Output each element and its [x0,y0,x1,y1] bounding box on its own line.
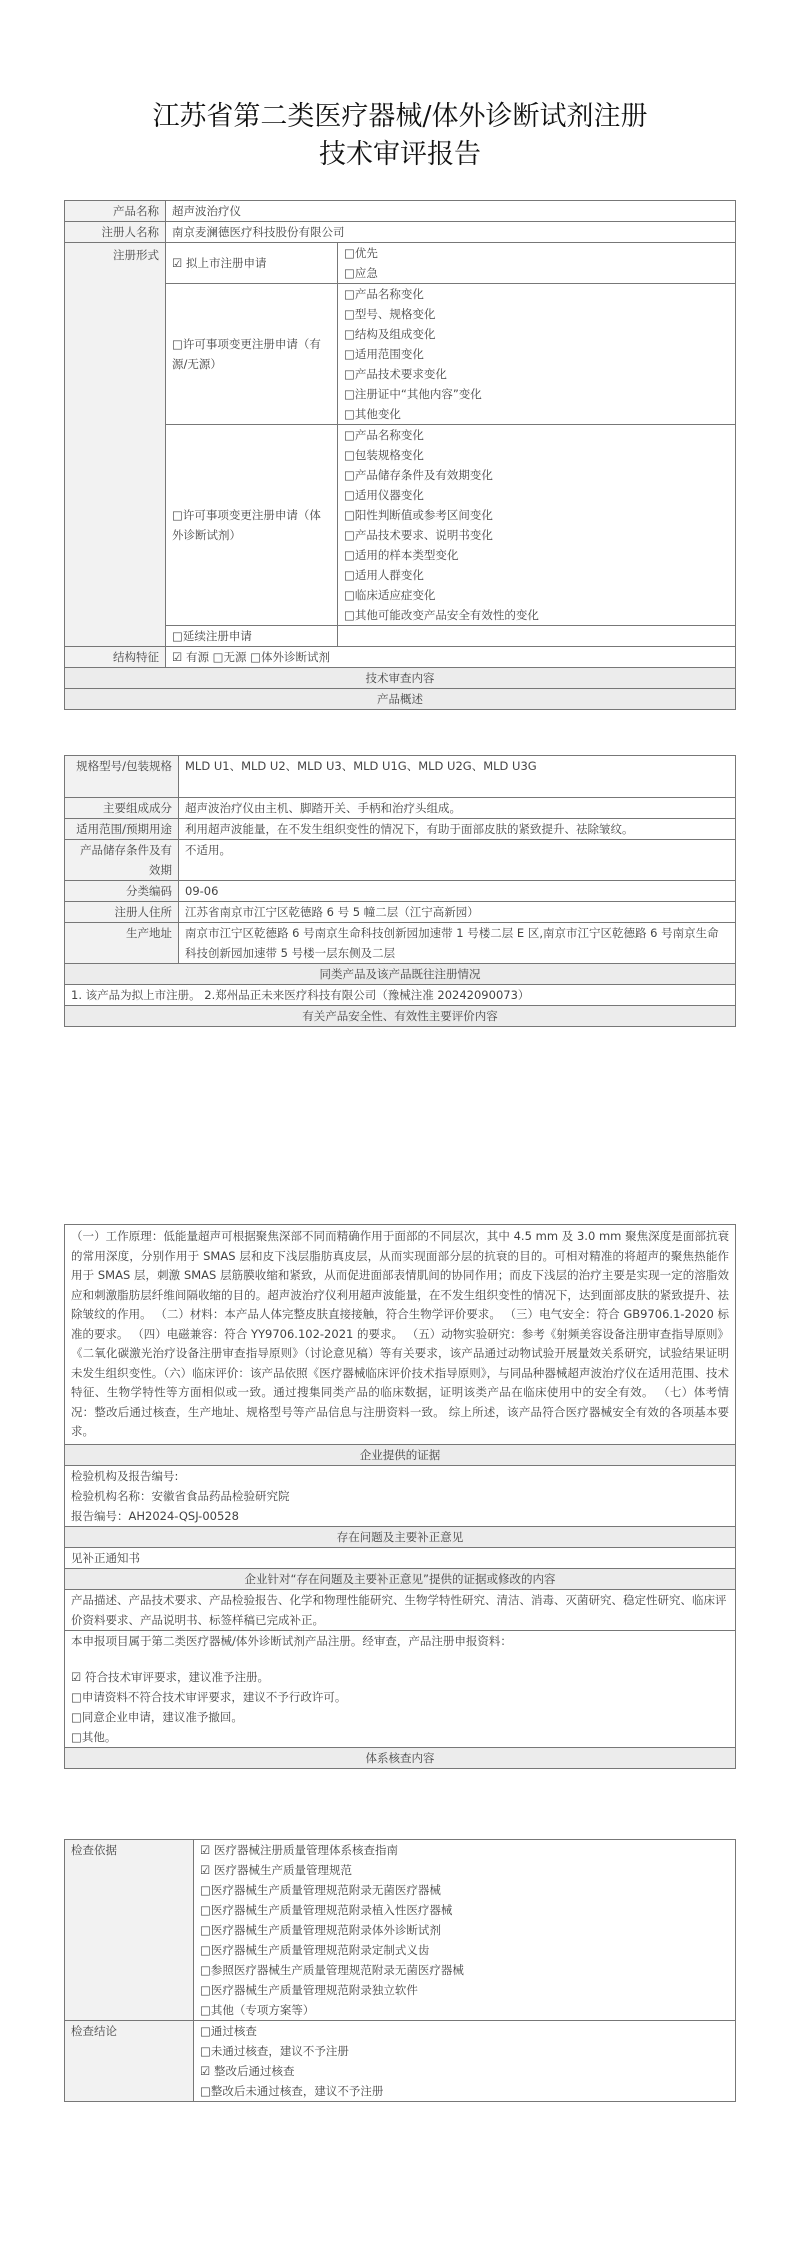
overview-table: 规格型号/包装规格 MLD U1、MLD U2、MLD U3、MLD U1G、M… [64,755,736,1027]
system-check-table: 检查依据 ☑ 医疗器械注册质量管理体系核查指南 ☑ 医疗器械生产质量管理规范 □… [64,1839,736,2102]
issues-text: 见补正通知书 [65,1547,736,1568]
evidence-line: 检验机构名称：安徽省食品药品检验研究院 [71,1486,729,1506]
change-active-option[interactable]: □产品名称变化 [344,284,729,304]
section-safety-eval: 有关产品安全性、有效性主要评价内容 [65,1006,736,1027]
result-option[interactable]: □整改后未通过核查，建议不予注册 [200,2081,729,2101]
residence-label: 注册人住所 [65,902,179,923]
conclusion-option[interactable]: □申请资料不符合技术审评要求，建议不予行政许可。 [71,1687,729,1707]
evidence-content: 检验机构及报告编号: 检验机构名称：安徽省食品药品检验研究院 报告编号：AH20… [65,1465,736,1526]
row-product-name: 产品名称 超声波治疗仪 [65,201,736,222]
section-overview: 产品概述 [65,689,736,710]
report-title: 江苏省第二类医疗器械/体外诊断试剂注册 技术审评报告 [0,98,800,174]
renewal-checkbox[interactable]: □延续注册申请 [166,626,338,647]
review-table-page-2: （一）工作原理：低能量超声可根据聚焦深部不同而精确作用于面部的不同层次，其中 4… [64,1224,736,1769]
conclusion-option[interactable]: □其他。 [71,1727,729,1747]
change-active-option[interactable]: □其他变化 [344,404,729,424]
priority-checkbox[interactable]: □优先 [344,243,729,263]
section-response: 企业针对“存在问题及主要补正意见”提供的证据或修改的内容 [65,1568,736,1589]
change-active-option[interactable]: □注册证中“其他内容”变化 [344,384,729,404]
change-ivd-option[interactable]: □阳性判断值或参考区间变化 [344,505,729,525]
reg-form-label: 注册形式 [65,243,166,647]
change-active-option[interactable]: □型号、规格变化 [344,304,729,324]
class-code-label: 分类编码 [65,881,179,902]
basis-option[interactable]: □医疗器械生产质量管理规范附录定制式义齿 [200,1940,729,1960]
storage-label: 产品储存条件及有效期 [65,840,179,881]
similar-text: 1. 该产品为拟上市注册。 2.郑州品正未来医疗科技有限公司（豫械注准 2024… [65,985,736,1006]
result-option[interactable]: □通过核查 [200,2021,729,2041]
change-active-option[interactable]: □结构及组成变化 [344,324,729,344]
conclusion-content: 本申报项目属于第二类医疗器械/体外诊断试剂产品注册。经审查，产品注册申报资料： … [65,1630,736,1747]
production-value: 南京市江宁区乾德路 6 号南京生命科技创新园加速带 1 号楼二层 E 区,南京市… [179,923,736,964]
production-label: 生产地址 [65,923,179,964]
change-ivd-options: □产品名称变化 □包装规格变化 □产品储存条件及有效期变化 □适用仪器变化 □阳… [338,425,736,626]
models-value: MLD U1、MLD U2、MLD U3、MLD U1G、MLD U2G、MLD… [179,756,736,798]
change-ivd-option[interactable]: □适用的样本类型变化 [344,545,729,565]
renewal-empty [338,626,736,647]
row-change-active: □许可事项变更注册申请（有源/无源） □产品名称变化 □型号、规格变化 □结构及… [65,284,736,425]
composition-value: 超声波治疗仪由主机、脚踏开关、手柄和治疗头组成。 [179,798,736,819]
change-ivd-checkbox[interactable]: □许可事项变更注册申请（体外诊断试剂） [166,425,338,626]
basis-option[interactable]: ☑ 医疗器械生产质量管理规范 [200,1860,729,1880]
basis-option[interactable]: □医疗器械生产质量管理规范附录无菌医疗器械 [200,1880,729,1900]
models-label: 规格型号/包装规格 [65,756,179,798]
response-text: 产品描述、产品技术要求、产品检验报告、化学和物理性能研究、生物学特性研究、清洁、… [65,1589,736,1630]
review-table-page-1: 产品名称 超声波治疗仪 注册人名称 南京麦澜德医疗科技股份有限公司 注册形式 ☑… [64,200,736,710]
row-structure: 结构特征 ☑ 有源 □无源 □体外诊断试剂 [65,647,736,668]
section-system-check: 体系核查内容 [65,1747,736,1768]
change-active-checkbox[interactable]: □许可事项变更注册申请（有源/无源） [166,284,338,425]
product-name-value: 超声波治疗仪 [166,201,736,222]
conclusion-intro: 本申报项目属于第二类医疗器械/体外诊断试剂产品注册。经审查，产品注册申报资料： [71,1631,729,1651]
emergency-checkbox[interactable]: □应急 [344,263,729,283]
storage-value: 不适用。 [179,840,736,881]
new-registration-checkbox[interactable]: ☑ 拟上市注册申请 [166,243,338,284]
structure-options[interactable]: ☑ 有源 □无源 □体外诊断试剂 [166,647,736,668]
scope-value: 利用超声波能量，在不发生组织变性的情况下，有助于面部皮肤的紧致提升、祛除皱纹。 [179,819,736,840]
evidence-line: 报告编号：AH2024-QSJ-00528 [71,1506,729,1526]
registrant-value: 南京麦澜德医疗科技股份有限公司 [166,222,736,243]
basis-option[interactable]: □医疗器械生产质量管理规范附录体外诊断试剂 [200,1920,729,1940]
title-line-1: 江苏省第二类医疗器械/体外诊断试剂注册 [0,98,800,136]
title-line-2: 技术审评报告 [0,136,800,174]
basis-option[interactable]: □其他（专项方案等） [200,2000,729,2020]
basis-option[interactable]: ☑ 医疗器械注册质量管理体系核查指南 [200,1840,729,1860]
basis-option[interactable]: □参照医疗器械生产质量管理规范附录无菌医疗器械 [200,1960,729,1980]
result-option[interactable]: □未通过核查，建议不予注册 [200,2041,729,2061]
scope-label: 适用范围/预期用途 [65,819,179,840]
change-active-options: □产品名称变化 □型号、规格变化 □结构及组成变化 □适用范围变化 □产品技术要… [338,284,736,425]
class-code-value: 09-06 [179,881,736,902]
change-ivd-option[interactable]: □其他可能改变产品安全有效性的变化 [344,605,729,625]
change-active-option[interactable]: □产品技术要求变化 [344,364,729,384]
result-option[interactable]: ☑ 整改后通过核查 [200,2061,729,2081]
conclusion-option[interactable]: ☑ 符合技术审评要求，建议准予注册。 [71,1667,729,1687]
product-name-label: 产品名称 [65,201,166,222]
row-renewal: □延续注册申请 [65,626,736,647]
evidence-line: 检验机构及报告编号: [71,1466,729,1486]
registrant-label: 注册人名称 [65,222,166,243]
change-ivd-option[interactable]: □临床适应症变化 [344,585,729,605]
structure-label: 结构特征 [65,647,166,668]
change-ivd-option[interactable]: □包装规格变化 [344,445,729,465]
basis-label: 检查依据 [65,1840,194,2021]
composition-label: 主要组成成分 [65,798,179,819]
section-tech-review: 技术审查内容 [65,668,736,689]
row-change-ivd: □许可事项变更注册申请（体外诊断试剂） □产品名称变化 □包装规格变化 □产品储… [65,425,736,626]
change-ivd-option[interactable]: □产品储存条件及有效期变化 [344,465,729,485]
basis-options: ☑ 医疗器械注册质量管理体系核查指南 ☑ 医疗器械生产质量管理规范 □医疗器械生… [194,1840,736,2021]
basis-option[interactable]: □医疗器械生产质量管理规范附录独立软件 [200,1980,729,2000]
section-similar: 同类产品及该产品既往注册情况 [65,964,736,985]
row-reg-form-new: 注册形式 ☑ 拟上市注册申请 □优先 □应急 [65,243,736,284]
conclusion-option[interactable]: □同意企业申请，建议准予撤回。 [71,1707,729,1727]
spacer [71,1651,729,1667]
safety-eval-text: （一）工作原理：低能量超声可根据聚焦深部不同而精确作用于面部的不同层次，其中 4… [65,1225,736,1445]
result-options: □通过核查 □未通过核查，建议不予注册 ☑ 整改后通过核查 □整改后未通过核查，… [194,2021,736,2102]
change-active-option[interactable]: □适用范围变化 [344,344,729,364]
change-ivd-option[interactable]: □适用人群变化 [344,565,729,585]
section-evidence: 企业提供的证据 [65,1444,736,1465]
basis-option[interactable]: □医疗器械生产质量管理规范附录植入性医疗器械 [200,1900,729,1920]
priority-options: □优先 □应急 [338,243,736,284]
row-registrant: 注册人名称 南京麦澜德医疗科技股份有限公司 [65,222,736,243]
change-ivd-option[interactable]: □适用仪器变化 [344,485,729,505]
change-ivd-option[interactable]: □产品技术要求、说明书变化 [344,525,729,545]
section-issues: 存在问题及主要补正意见 [65,1526,736,1547]
change-ivd-option[interactable]: □产品名称变化 [344,425,729,445]
residence-value: 江苏省南京市江宁区乾德路 6 号 5 幢二层（江宁高新园） [179,902,736,923]
result-label: 检查结论 [65,2021,194,2102]
